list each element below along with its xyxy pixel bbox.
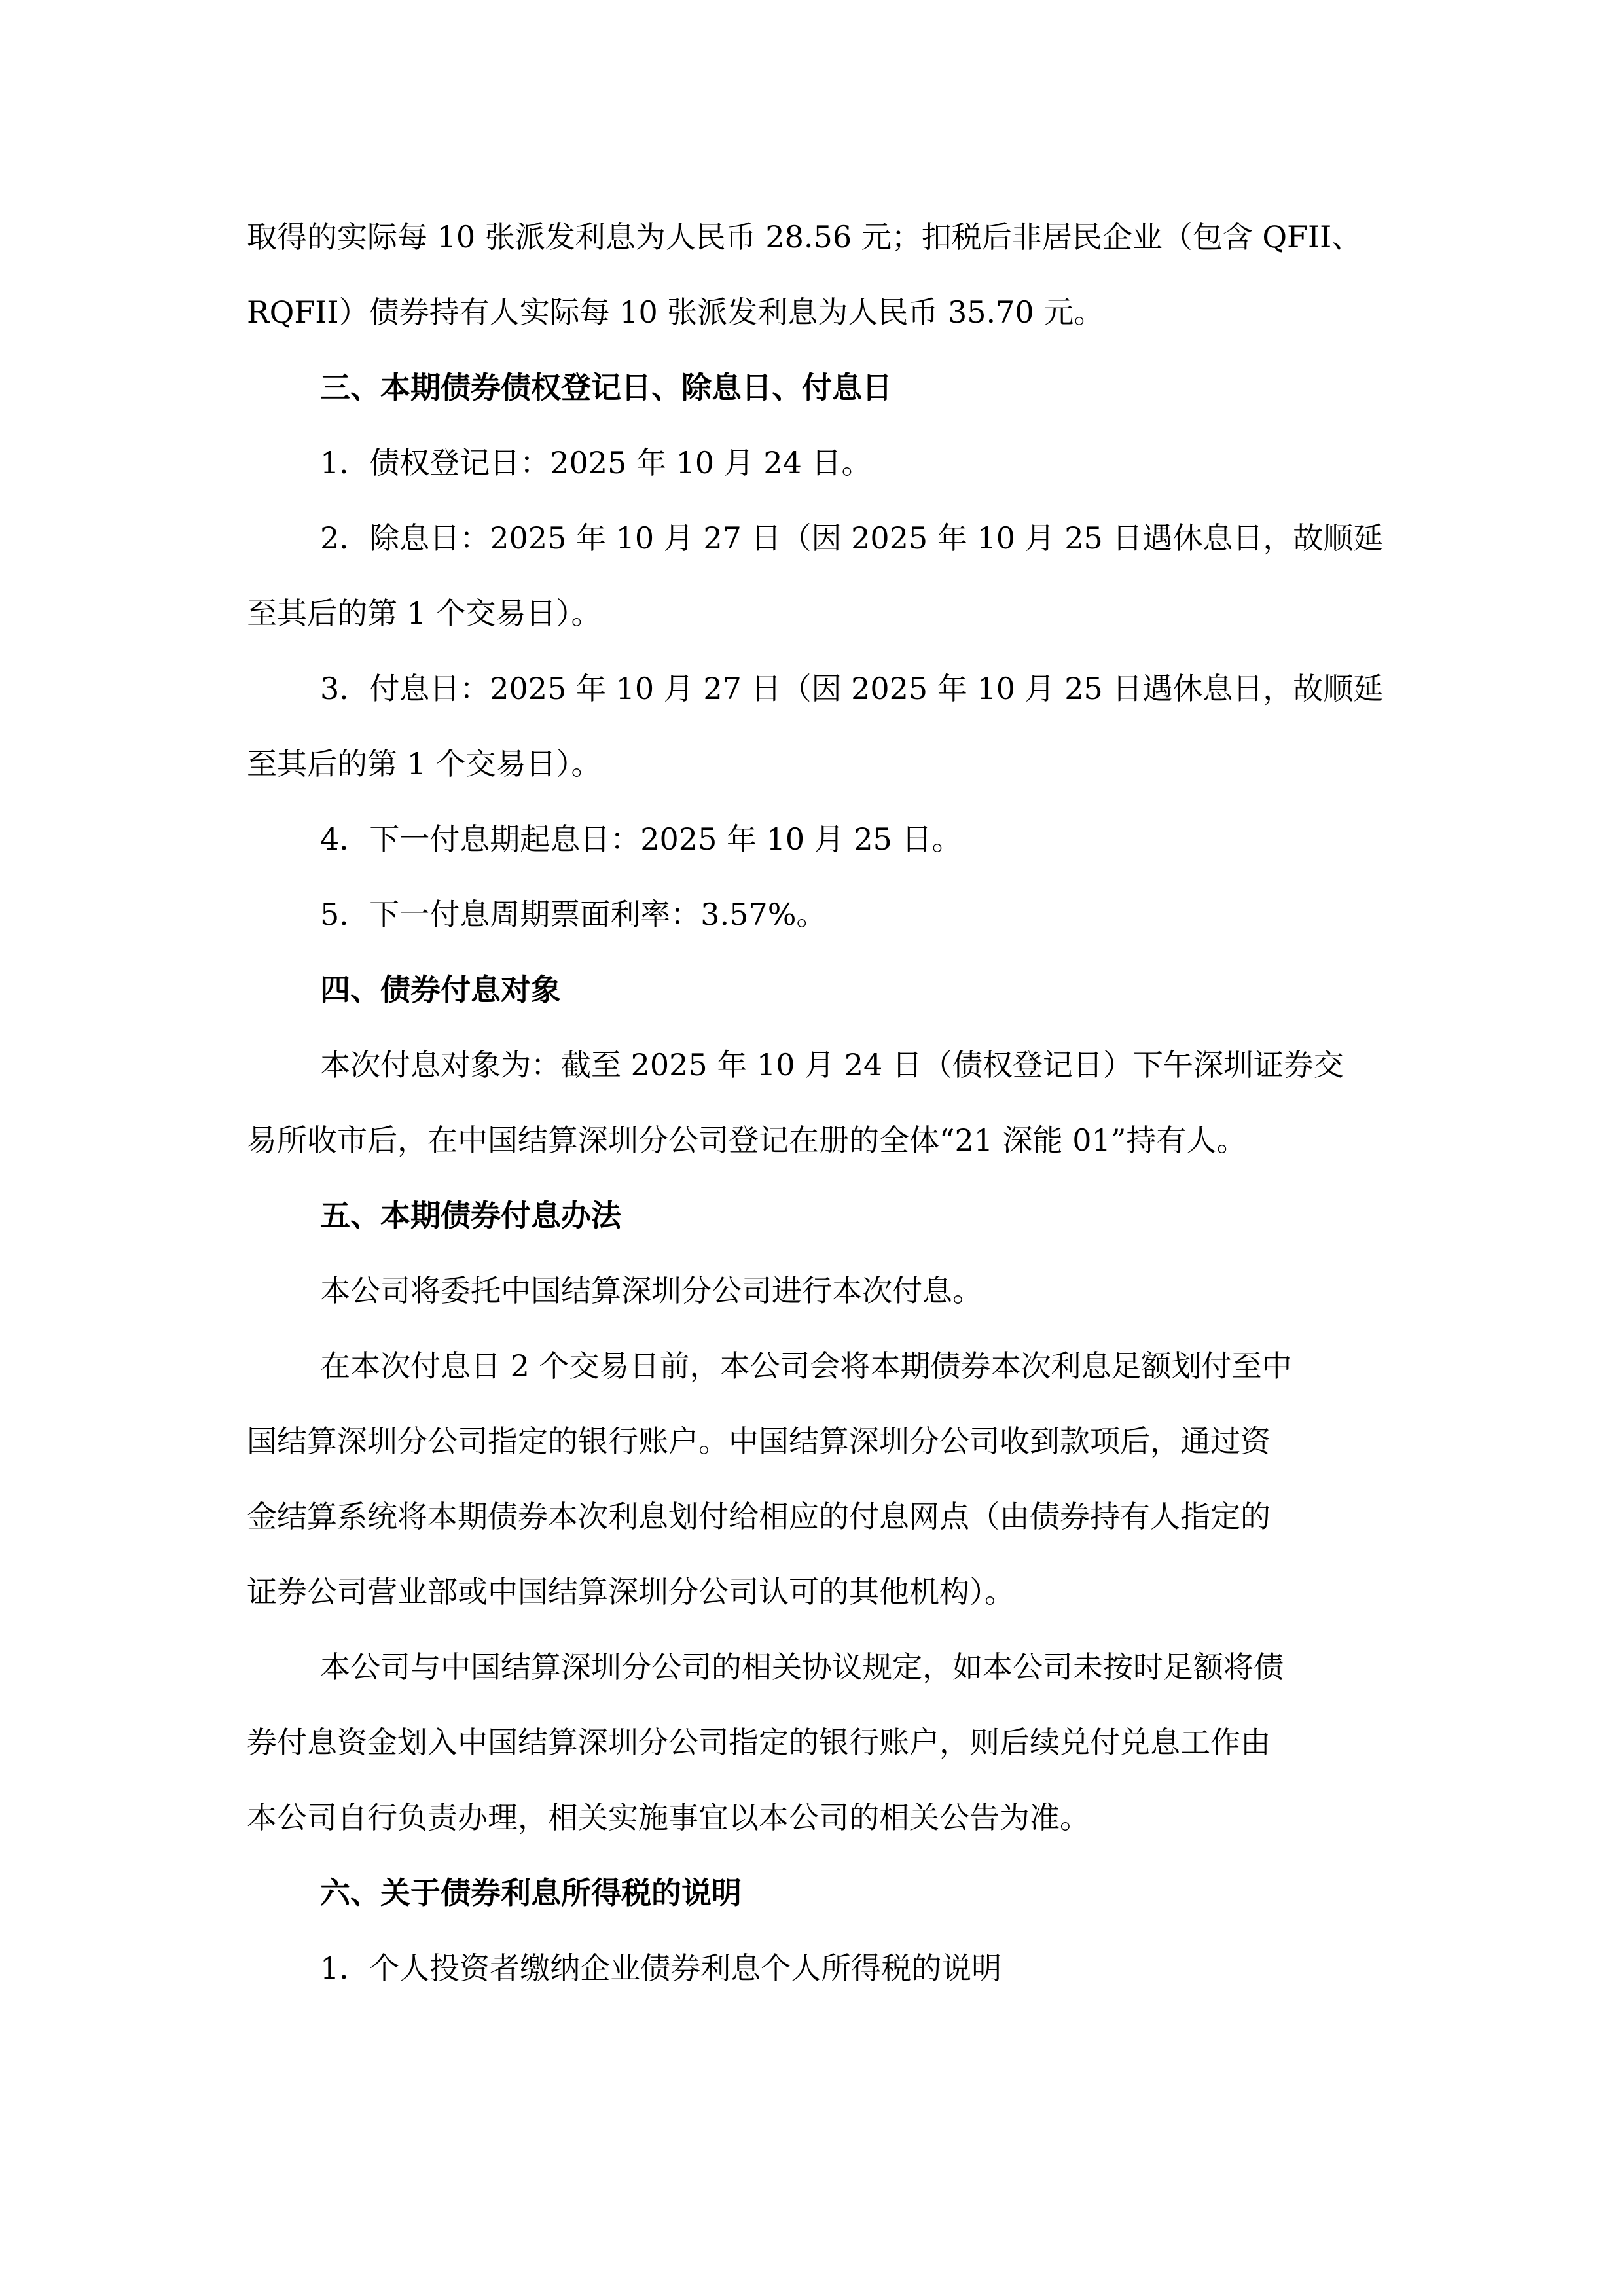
text-line: 3．付息日：2025 年 10 月 27 日（因 2025 年 10 月 25 … xyxy=(247,669,1386,708)
list-item-coupon-rate: 5．下一付息周期票面利率：3.57%。 xyxy=(247,895,1386,934)
text-line: RQFII）债券持有人实际每 10 张派发利息为人民币 35.70 元。 xyxy=(247,293,1386,332)
section-heading-6: 六、关于债券利息所得税的说明 xyxy=(247,1873,1386,1912)
text-line: 在本次付息日 2 个交易日前，本公司会将本期债券本次利息足额划付至中 xyxy=(247,1346,1386,1386)
list-item-ex-dividend-date: 2．除息日：2025 年 10 月 27 日（因 2025 年 10 月 25 … xyxy=(247,518,1386,633)
text-line: 本次付息对象为：截至 2025 年 10 月 24 日（债权登记日）下午深圳证券… xyxy=(247,1045,1386,1085)
text-line: 金结算系统将本期债券本次利息划付给相应的付息网点（由债券持有人指定的 xyxy=(247,1497,1386,1536)
text-line: 取得的实际每 10 张派发利息为人民币 28.56 元；扣税后非居民企业（包含 … xyxy=(247,217,1386,257)
text-line: 本公司自行负责办理，相关实施事宜以本公司的相关公告为准。 xyxy=(247,1798,1386,1837)
section-heading-3: 三、本期债券债权登记日、除息日、付息日 xyxy=(247,368,1386,407)
section-heading-5: 五、本期债券付息办法 xyxy=(247,1196,1386,1235)
list-item-individual-tax: 1．个人投资者缴纳企业债券利息个人所得税的说明 xyxy=(247,1948,1386,1988)
document-page: 取得的实际每 10 张派发利息为人民币 28.56 元；扣税后非居民企业（包含 … xyxy=(247,217,1386,2024)
text-line: 本公司与中国结算深圳分公司的相关协议规定，如本公司未按时足额将债 xyxy=(247,1647,1386,1687)
text-line: 至其后的第 1 个交易日）。 xyxy=(247,744,1386,783)
text-line: 易所收市后，在中国结算深圳分公司登记在册的全体“21 深能 01”持有人。 xyxy=(247,1121,1386,1160)
paragraph-tax-continuation: 取得的实际每 10 张派发利息为人民币 28.56 元；扣税后非居民企业（包含 … xyxy=(247,217,1386,332)
paragraph-transfer-process: 在本次付息日 2 个交易日前，本公司会将本期债券本次利息足额划付至中 国结算深圳… xyxy=(247,1346,1386,1611)
section-heading-4: 四、债券付息对象 xyxy=(247,970,1386,1009)
paragraph-entrust: 本公司将委托中国结算深圳分公司进行本次付息。 xyxy=(247,1271,1386,1310)
text-line: 2．除息日：2025 年 10 月 27 日（因 2025 年 10 月 25 … xyxy=(247,518,1386,558)
text-line: 至其后的第 1 个交易日）。 xyxy=(247,594,1386,633)
list-item-next-accrual-date: 4．下一付息期起息日：2025 年 10 月 25 日。 xyxy=(247,819,1386,859)
list-item-payment-date: 3．付息日：2025 年 10 月 27 日（因 2025 年 10 月 25 … xyxy=(247,669,1386,783)
text-line: 券付息资金划入中国结算深圳分公司指定的银行账户，则后续兑付兑息工作由 xyxy=(247,1723,1386,1762)
text-line: 证券公司营业部或中国结算深圳分公司认可的其他机构）。 xyxy=(247,1572,1386,1611)
list-item-record-date: 1．债权登记日：2025 年 10 月 24 日。 xyxy=(247,443,1386,482)
paragraph-payment-targets: 本次付息对象为：截至 2025 年 10 月 24 日（债权登记日）下午深圳证券… xyxy=(247,1045,1386,1160)
paragraph-agreement: 本公司与中国结算深圳分公司的相关协议规定，如本公司未按时足额将债 券付息资金划入… xyxy=(247,1647,1386,1837)
text-line: 国结算深圳分公司指定的银行账户。中国结算深圳分公司收到款项后，通过资 xyxy=(247,1422,1386,1461)
